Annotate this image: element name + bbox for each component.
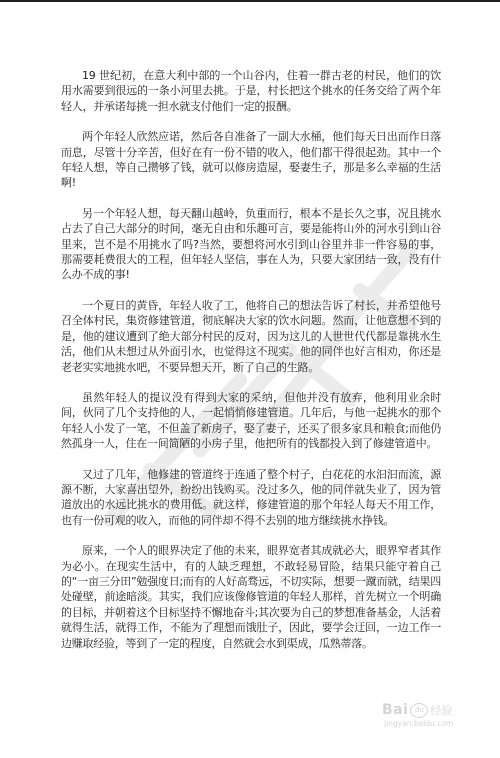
paragraph-6: 又过了几年，他修建的管道终于连通了整个村子，白花花的水汩汩而流，源源不断，大家喜…	[61, 467, 441, 529]
top-border	[0, 0, 500, 2]
paw-text: du	[415, 707, 424, 714]
baidu-brand-text: Bai	[382, 702, 408, 718]
paragraph-1: 19 世纪初，在意大利中部的一个山谷内，住着一群古老的村民，他们的饮用水需要到很…	[61, 68, 441, 114]
baidu-paw-icon: du	[410, 703, 428, 718]
paragraph-3: 另一个年轻人想，每天翻山越岭，负重而行，根本不是长久之事，况且挑水占去了自己大部…	[61, 206, 441, 283]
baidu-jingyan-logo: Bai du 经验 jingyan.baidu.com	[382, 702, 492, 742]
jingyan-text: 经验	[430, 702, 452, 718]
paragraph-4: 一个夏日的黄昏，年轻人收了工，他将自己的想法告诉了村长，并希望他号召全体村民，集…	[61, 298, 441, 375]
paragraph-7: 原来，一个人的眼界决定了他的未来，眼界宽者其成就必大，眼界窄者其作为必小。在现实…	[61, 543, 441, 651]
paragraph-5: 虽然年轻人的提议没有得到大家的采纳，但他并没有放弃，他利用业余时间，伙同了几个支…	[61, 390, 441, 452]
paragraph-2: 两个年轻人欣然应诺，然后各自准备了一副大水桶，他们每天日出而作日落而息，尽管十分…	[61, 129, 441, 191]
document-page: 19 世纪初，在意大利中部的一个山谷内，住着一群古老的村民，他们的饮用水需要到很…	[61, 68, 441, 666]
baidu-url: jingyan.baidu.com	[384, 719, 492, 728]
